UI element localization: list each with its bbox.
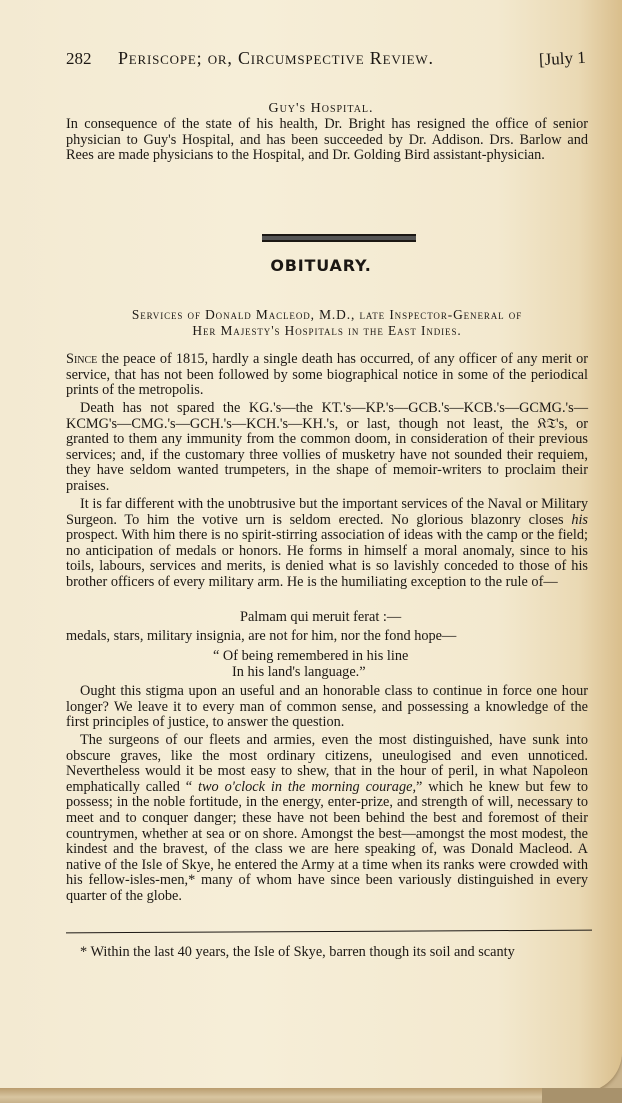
subheading-line-1: Services of Donald Macleod, M.D., late I…	[66, 307, 588, 323]
page-number: 282	[66, 49, 118, 69]
obituary-heading: OBITUARY.	[66, 256, 576, 275]
running-title: Periscope; or, Circumspective Review.	[118, 48, 533, 69]
latin-motto: Palmam qui meruit ferat :—	[240, 609, 401, 625]
page-corner-shadow	[542, 1088, 622, 1103]
section-divider	[262, 234, 416, 242]
emphasis-text: two o'clock in the morning courage,	[198, 779, 416, 795]
paragraph-text: ” which he knew but few to possess; in t…	[66, 779, 588, 904]
paragraph-text: prospect. With him there is no spirit-st…	[66, 527, 588, 590]
footnote: * Within the last 40 years, the Isle of …	[80, 944, 580, 961]
book-page: 282 Periscope; or, Circumspective Review…	[0, 0, 622, 1092]
drop-lead-word: Since	[66, 351, 97, 367]
obituary-subheading: Services of Donald Macleod, M.D., late I…	[66, 307, 588, 339]
subheading-line-2: Her Majesty's Hospitals in the East Indi…	[66, 323, 588, 339]
guys-hospital-paragraph: In consequence of the state of his healt…	[66, 117, 588, 164]
emphasis-text: his	[571, 512, 588, 528]
obituary-paragraph-4: medals, stars, military insignia, are no…	[66, 629, 588, 645]
underlying-page-edge	[0, 1088, 622, 1103]
date-mark: [July 1	[539, 48, 587, 70]
verse-line-2: In his land's language.”	[232, 664, 366, 680]
verse-line-1: “ Of being remembered in his line	[213, 648, 408, 664]
page-header: 282 Periscope; or, Circumspective Review…	[66, 48, 586, 69]
obituary-paragraph-1: Since the peace of 1815, hardly a single…	[66, 352, 588, 399]
obituary-paragraph-6: The surgeons of our fleets and armies, e…	[66, 733, 588, 905]
obituary-paragraph-2: Death has not spared the KG.'s—the KT.'s…	[66, 401, 588, 495]
paragraph-text: It is far different with the unobtrusive…	[66, 496, 588, 528]
footnote-rule	[66, 930, 592, 934]
section-title-guys-hospital: Guy's Hospital.	[66, 101, 576, 117]
obituary-paragraph-3: It is far different with the unobtrusive…	[66, 497, 588, 591]
paragraph-text: the peace of 1815, hardly a single death…	[66, 351, 588, 398]
obituary-paragraph-5: Ought this stigma upon an useful and an …	[66, 684, 588, 731]
